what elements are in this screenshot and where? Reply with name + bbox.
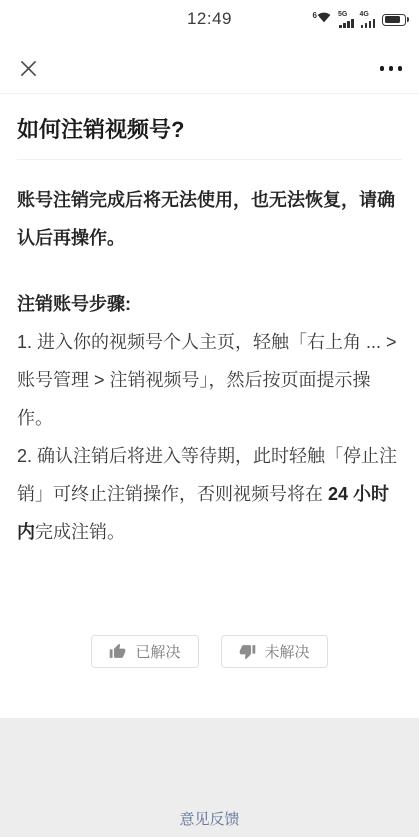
step-2-text-end: 完成注销。 bbox=[35, 522, 125, 542]
unresolved-button[interactable]: 未解决 bbox=[221, 635, 328, 668]
status-bar: 12:49 6 5G 4G bbox=[0, 0, 419, 44]
unresolved-label: 未解决 bbox=[265, 641, 310, 662]
close-icon[interactable] bbox=[17, 58, 39, 80]
title-divider bbox=[17, 159, 402, 160]
help-article-screen: 12:49 6 5G 4G bbox=[0, 0, 419, 837]
nav-bar bbox=[0, 44, 419, 94]
thumb-down-icon bbox=[239, 643, 256, 660]
signal-4g-icon: 4G bbox=[361, 11, 376, 28]
resolved-label: 已解决 bbox=[135, 641, 180, 662]
article-title: 如何注销视频号? bbox=[17, 116, 402, 144]
resolved-button[interactable]: 已解决 bbox=[91, 635, 198, 668]
signal-4g-label: 4G bbox=[360, 11, 369, 18]
thumb-up-icon bbox=[109, 643, 126, 660]
more-options-icon[interactable] bbox=[380, 60, 403, 77]
wifi-icon: 6 bbox=[313, 11, 332, 28]
feedback-link[interactable]: 意见反馈 bbox=[179, 808, 239, 837]
footer: 意见反馈 bbox=[0, 718, 419, 837]
battery-icon bbox=[382, 11, 409, 28]
steps-block: 注销账号步骤: 1. 进入你的视频号个人主页，轻触「右上角 ... > 账号管理… bbox=[17, 285, 402, 551]
signal-5g-label: 5G bbox=[338, 11, 347, 18]
step-2: 2. 确认注销后将进入等待期，此时轻触「停止注销」可终止注销操作，否则视频号将在… bbox=[17, 437, 402, 551]
warning-paragraph: 账号注销完成后将无法使用，也无法恢复，请确认后再操作。 bbox=[17, 181, 402, 257]
signal-5g-icon: 5G bbox=[339, 11, 354, 28]
status-icons: 6 5G 4G bbox=[313, 8, 409, 28]
steps-heading: 注销账号步骤: bbox=[17, 285, 402, 323]
article-content: 如何注销视频号? 账号注销完成后将无法使用，也无法恢复，请确认后再操作。 注销账… bbox=[0, 116, 419, 668]
step-1: 1. 进入你的视频号个人主页，轻触「右上角 ... > 账号管理 > 注销视频号… bbox=[17, 323, 402, 437]
feedback-buttons: 已解决 未解决 bbox=[17, 635, 402, 668]
